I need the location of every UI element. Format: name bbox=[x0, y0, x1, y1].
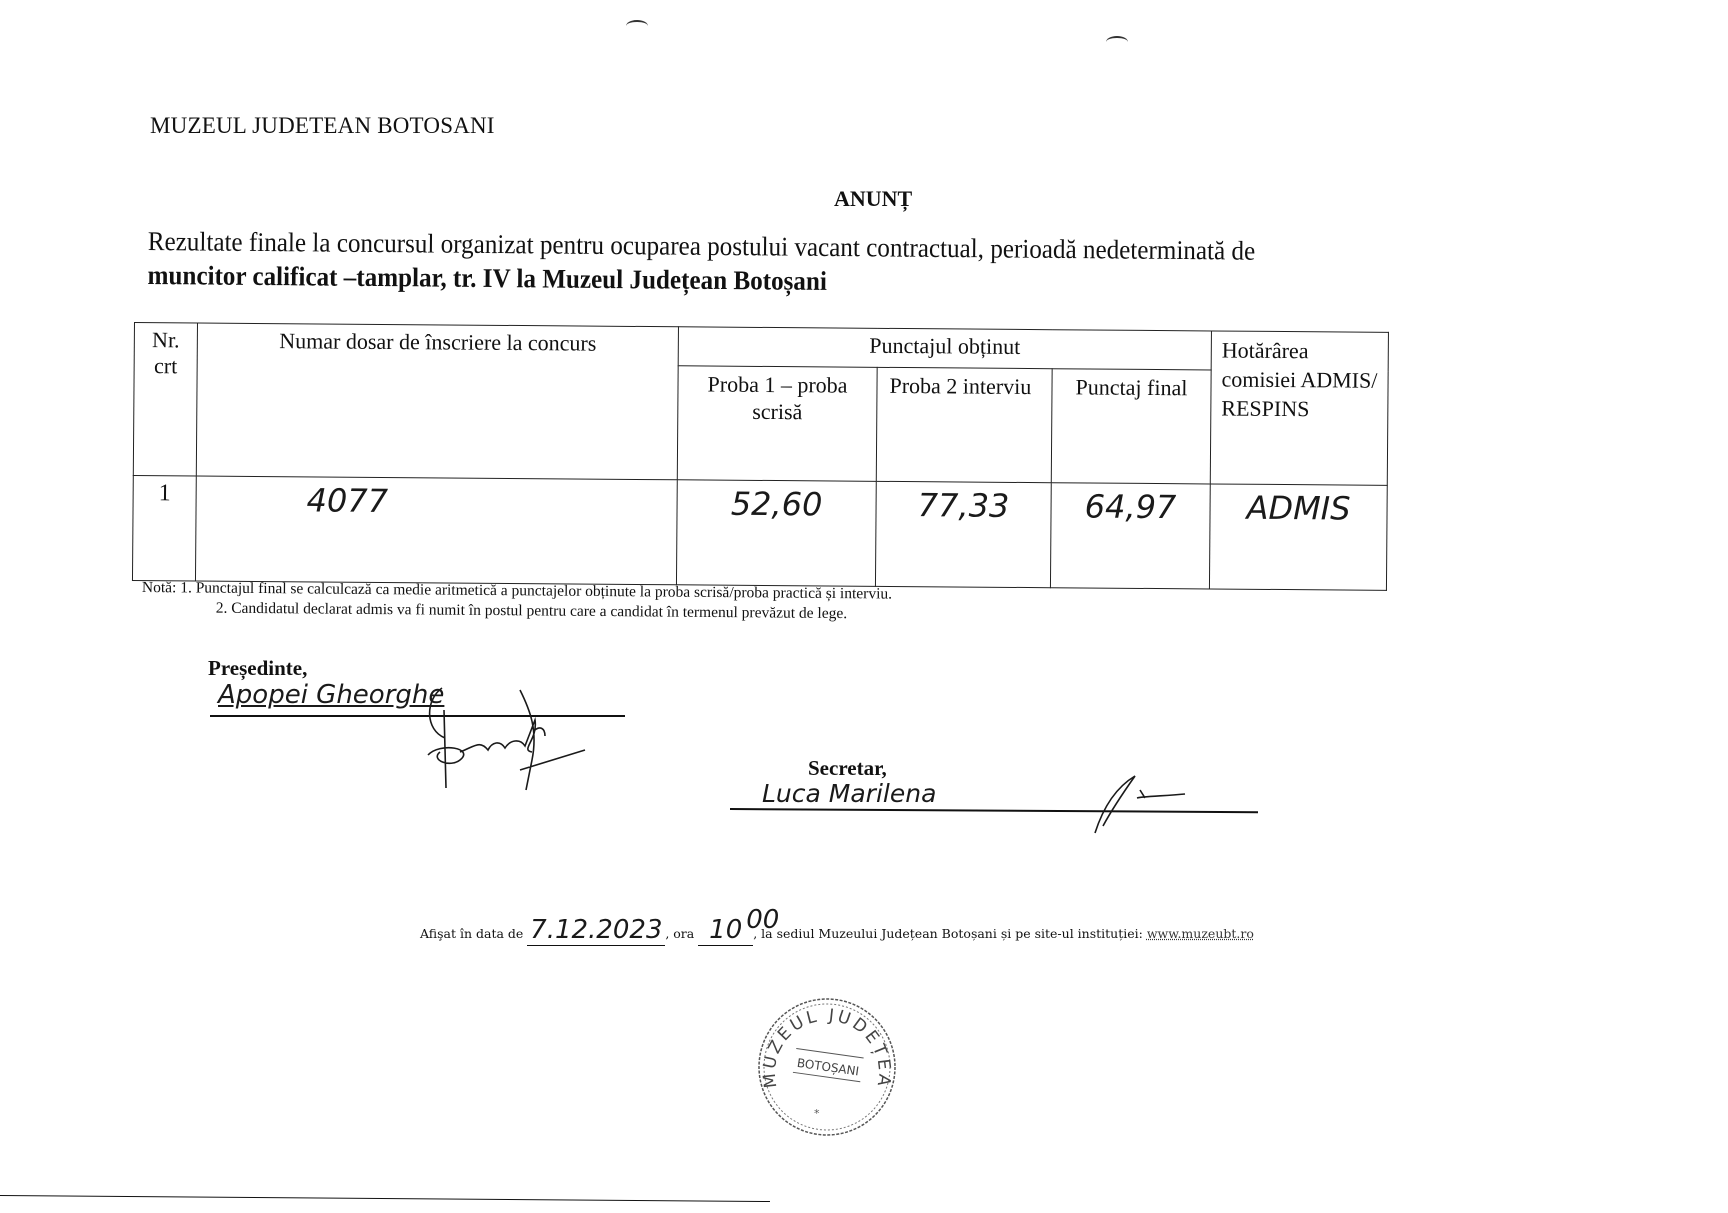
results-table-container: Nr. crt Numar dosar de înscriere la conc… bbox=[132, 322, 1389, 591]
posted-minutes: 00 bbox=[746, 905, 779, 935]
cell-nr: 1 bbox=[132, 475, 196, 580]
secretary-name: Luca Marilena bbox=[762, 779, 936, 808]
president-label: Președinte, bbox=[208, 656, 307, 681]
header-proba1: Proba 1 – proba scrisă bbox=[677, 366, 877, 482]
museum-stamp: MUZEUL JUDEȚEAN BOTOȘANI * bbox=[752, 995, 902, 1140]
posted-hour-label: , ora bbox=[665, 926, 694, 941]
posted-hour: 10 bbox=[709, 915, 742, 945]
table-row: 1 4077 52,60 77,33 64,97 ADMIS bbox=[132, 475, 1387, 590]
notes: Notă: 1. Punctajul final se calculcază c… bbox=[142, 578, 892, 625]
secretary-signature bbox=[1085, 768, 1195, 838]
header-proba2: Proba 2 interviu bbox=[876, 367, 1052, 482]
decision: ADMIS bbox=[1246, 489, 1350, 528]
score-final: 64,97 bbox=[1085, 487, 1177, 526]
president-signature bbox=[420, 680, 600, 795]
secretary-label: Secretar, bbox=[808, 756, 887, 781]
notes-label: Notă: bbox=[142, 579, 177, 596]
posted-hour-field: 1000 bbox=[698, 915, 753, 946]
dosar-number: 4077 bbox=[306, 481, 388, 520]
stamp-inner-text: BOTOȘANI bbox=[796, 1056, 860, 1079]
stamp-outer-text: MUZEUL JUDEȚEAN bbox=[752, 995, 894, 1090]
cell-hotarare: ADMIS bbox=[1209, 484, 1387, 590]
posted-prefix: Afişat în data de bbox=[420, 926, 523, 941]
page-bottom-line bbox=[0, 1195, 770, 1202]
posted-suffix: , la sediul Muzeului Județean Botoșani ș… bbox=[753, 926, 1143, 941]
score-proba1: 52,60 bbox=[731, 485, 823, 524]
cell-final: 64,97 bbox=[1050, 483, 1210, 589]
header-punctaj-group: Punctajul obținut bbox=[678, 327, 1211, 370]
cell-proba2: 77,33 bbox=[875, 481, 1051, 587]
svg-text:*: * bbox=[814, 1107, 820, 1120]
header-hotarare: Hotărârea comisiei ADMIS/ RESPINS bbox=[1210, 331, 1388, 485]
header-punctaj-final: Punctaj final bbox=[1051, 369, 1211, 484]
score-proba2: 77,33 bbox=[918, 486, 1010, 525]
header-nr-crt: Nr. crt bbox=[133, 323, 197, 476]
cell-dosar: 4077 bbox=[195, 476, 677, 585]
results-table: Nr. crt Numar dosar de înscriere la conc… bbox=[132, 322, 1389, 591]
document-title: ANUNȚ bbox=[834, 186, 912, 212]
institution-name: MUZEUL JUDETEAN BOTOSANI bbox=[150, 113, 495, 139]
scan-artifact bbox=[626, 20, 648, 32]
posted-date: 7.12.2023 bbox=[530, 915, 662, 945]
cell-proba1: 52,60 bbox=[676, 480, 876, 587]
header-dosar: Numar dosar de înscriere la concurs bbox=[196, 323, 678, 480]
scan-artifact bbox=[1106, 36, 1128, 48]
posting-info: Afişat în data de 7.12.2023, ora 1000, l… bbox=[420, 915, 1254, 946]
intro-paragraph: Rezultate finale la concursul organizat … bbox=[147, 224, 1448, 303]
president-name: Apopei Gheorghe bbox=[218, 680, 444, 710]
website-link[interactable]: www.muzeubt.ro bbox=[1147, 926, 1254, 941]
posted-date-field: 7.12.2023 bbox=[527, 915, 665, 946]
